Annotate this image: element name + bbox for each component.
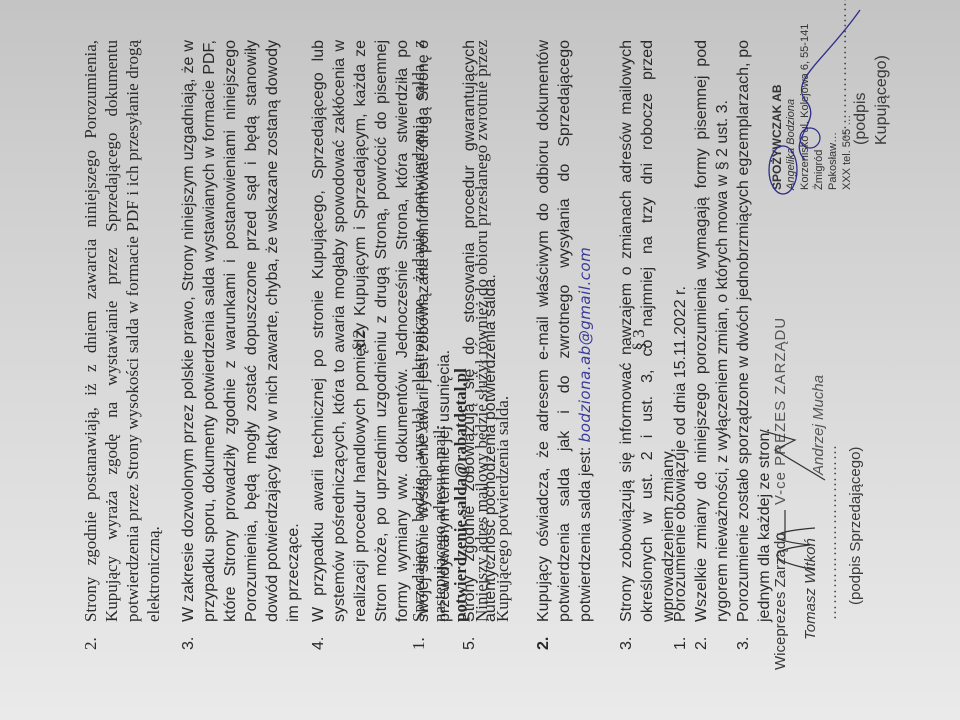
seller-email: potwierdzenie.salda@rabatdetal.pl	[451, 368, 470, 622]
clause-number: 2.	[533, 637, 554, 650]
buyer-signature-scribble	[765, 0, 875, 200]
clause-number: 2.	[80, 637, 101, 650]
clause-3-1: 1. Porozumienie obowiązuje od dnia 15.11…	[670, 40, 691, 650]
clause-number: 1.	[670, 637, 691, 650]
buyer-email-handwritten: bodziona.ab@gmail.com	[576, 247, 594, 443]
clause-text: Porozumienie obowiązuje od dnia 15.11.20…	[672, 286, 689, 622]
section-3-heading: § 3	[628, 0, 649, 700]
clause-number: 2.	[691, 637, 712, 650]
clause-1-2: 2. Strony zgodnie postanawiają, iż z dni…	[80, 40, 164, 650]
clause-text: Strony zgodnie postanawiają, iż z dniem …	[81, 40, 163, 622]
document-page: 2. Strony zgodnie postanawiają, iż z dni…	[0, 0, 960, 720]
clause-number: 1.	[408, 637, 429, 650]
clause-2-2: 2. Kupujący oświadcza, że adresem e-mail…	[533, 40, 596, 650]
clause-number: 3.	[178, 637, 199, 650]
clause-3-2: 2. Wszelkie zmiany do niniejszego porozu…	[691, 40, 733, 650]
clause-1-3: 3. W zakresie dozwolonym przez polskie p…	[178, 40, 304, 650]
clause-text-continued: Niniejszy adres mailowy będzie służył ró…	[472, 40, 512, 622]
clause-text: W zakresie dozwolonym przez polskie praw…	[180, 40, 302, 622]
seller-signature-label: (podpis Sprzedającego)	[845, 447, 866, 605]
seller-signature-scribble	[755, 420, 835, 580]
section-2-heading: § 2	[348, 0, 369, 700]
clause-2-1: 1. Sprzedający będzie wysyłał elektronic…	[408, 40, 513, 650]
clause-number: 3.	[733, 637, 754, 650]
clause-number: 4.	[308, 637, 329, 650]
clause-text: Wszelkie zmiany do niniejszego porozumie…	[693, 40, 731, 622]
clause-text: Sprzedający będzie wysyłał elektroniczne…	[409, 40, 449, 622]
